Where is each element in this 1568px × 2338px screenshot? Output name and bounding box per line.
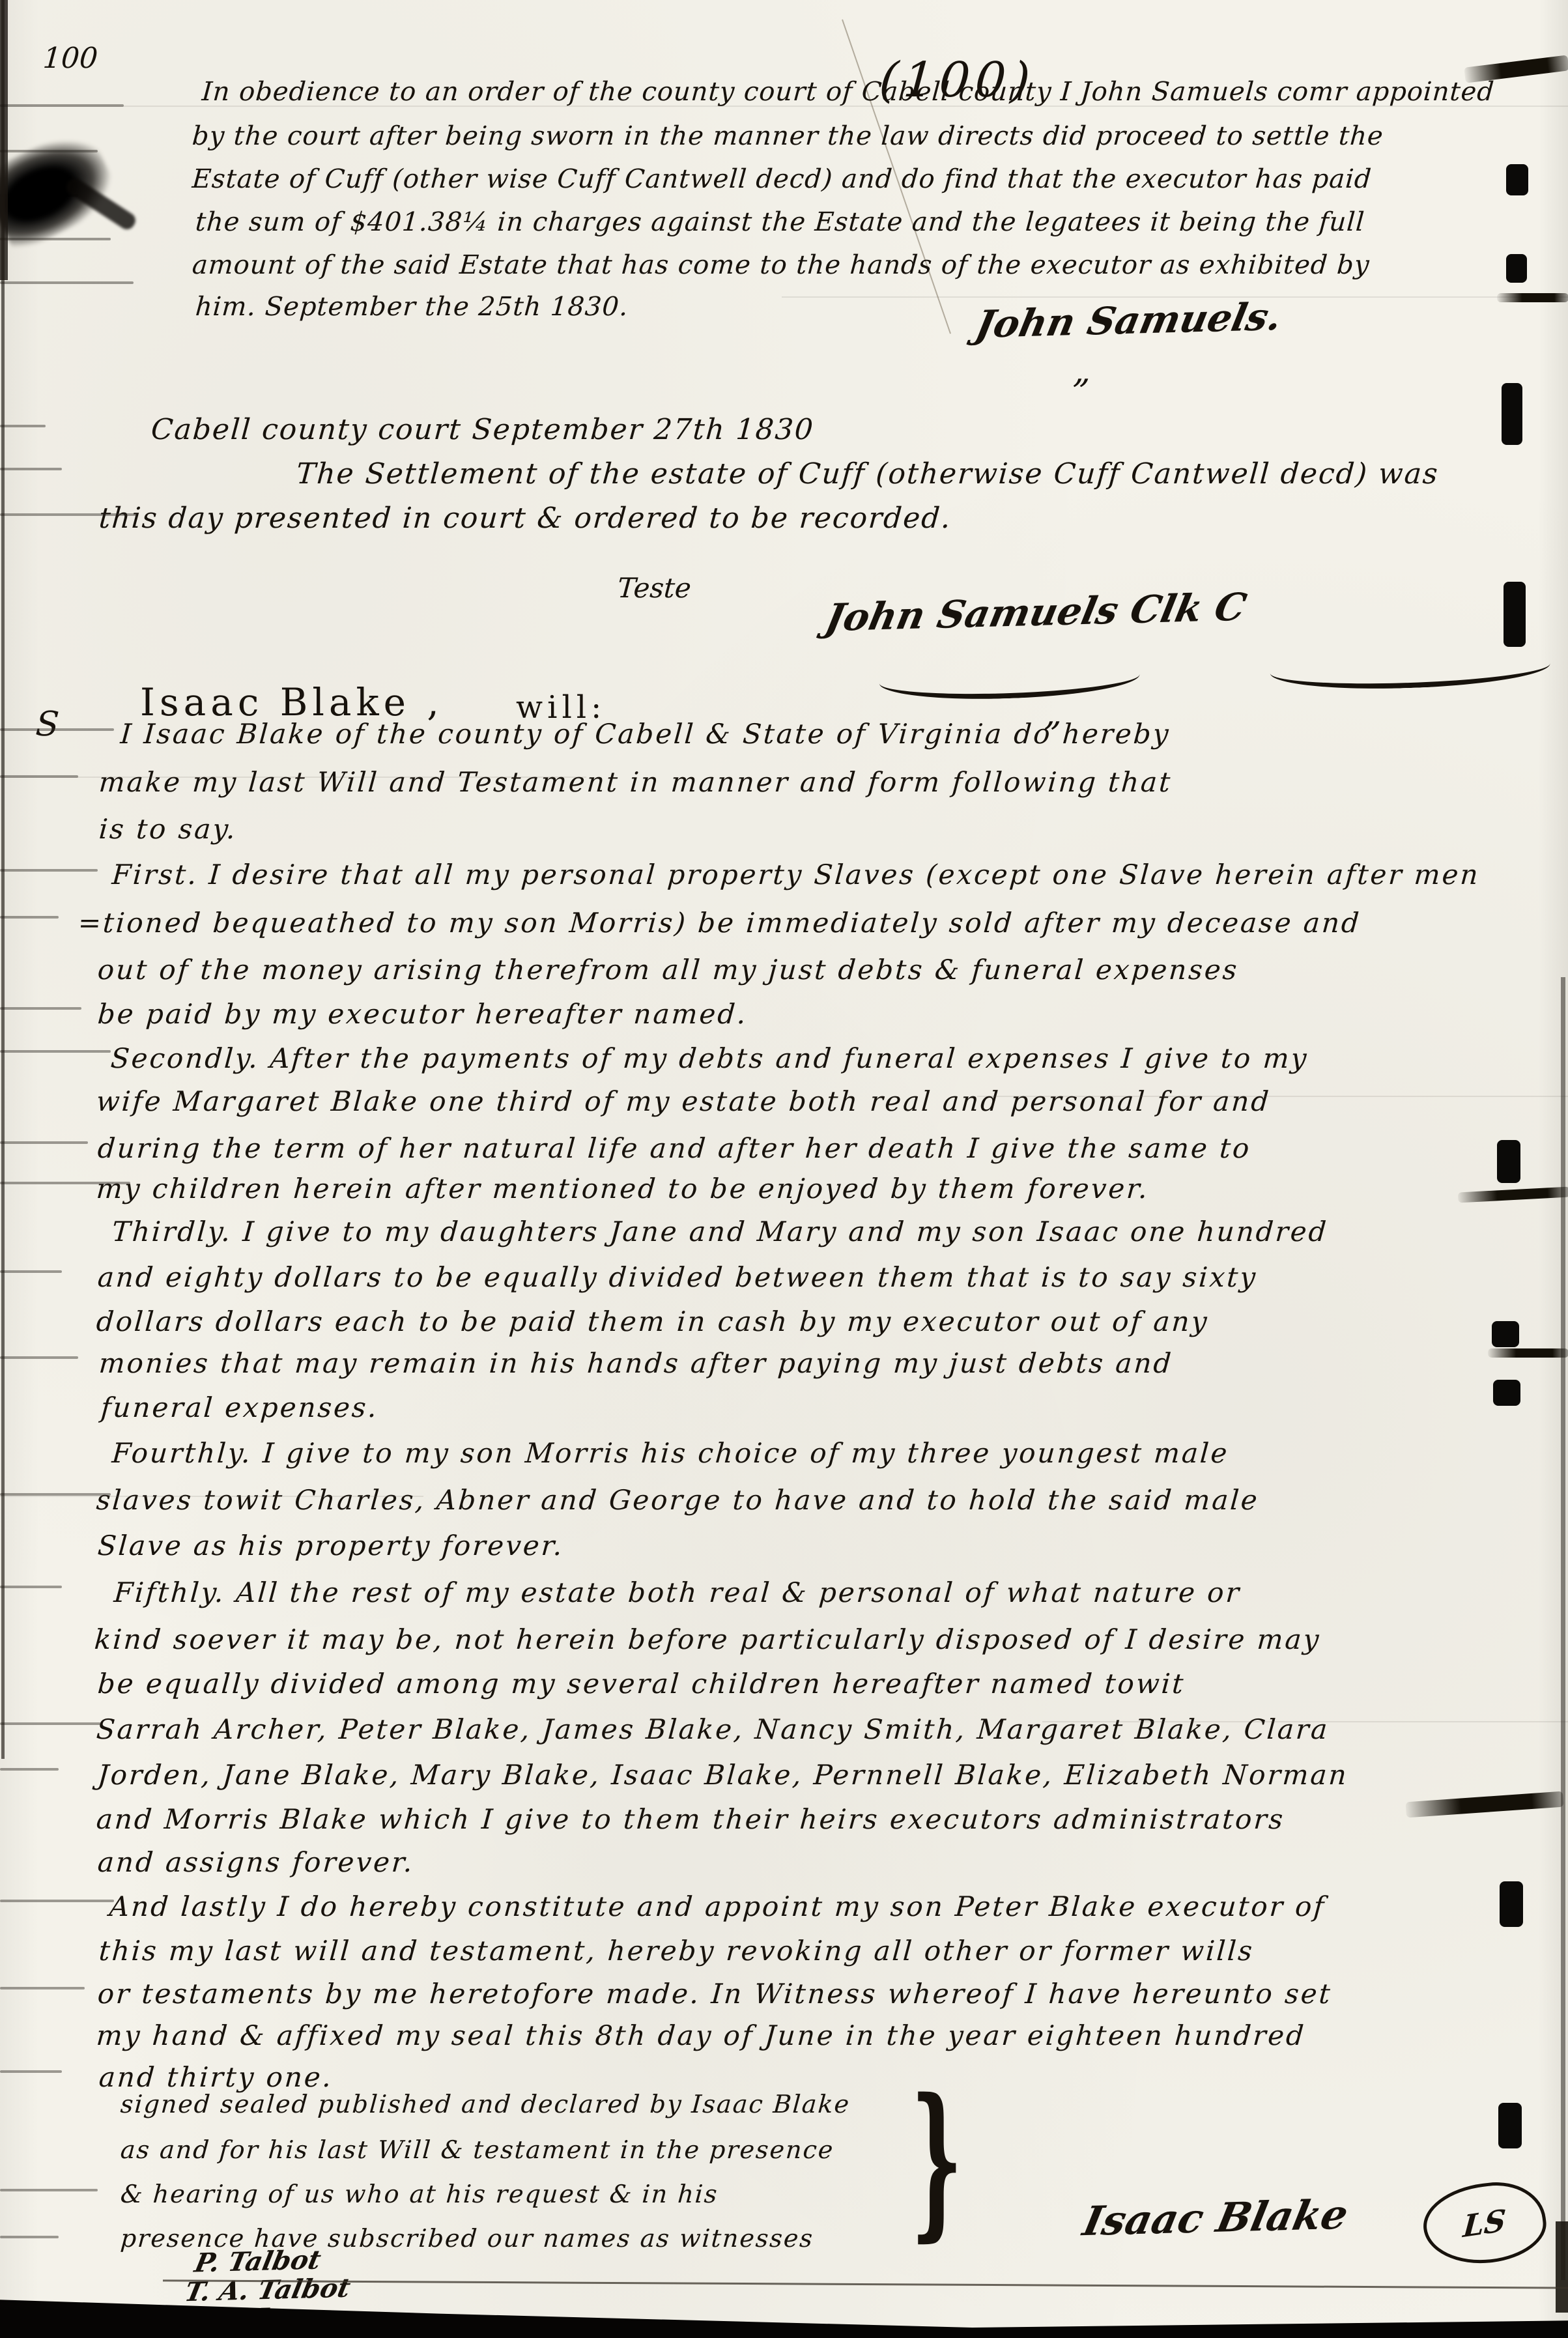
ruled-line [0,2236,59,2238]
will-line: monies that may remain in his hands afte… [98,1347,1174,1379]
will-line: during the term of her natural life and … [96,1132,1252,1164]
settlement-line: him. September the 25th 1830. [194,292,629,322]
will-line: First. I desire that all my personal pro… [111,859,1481,891]
will-line: Thirdly. I give to my daughters Jane and… [111,1216,1329,1247]
binding-mark [1492,1321,1519,1347]
binding-mark [1493,1380,1520,1406]
binding-mark [1502,383,1522,445]
binding-mark [1497,1140,1520,1183]
will-line: and assigns forever. [96,1846,415,1878]
will-line: Jorden, Jane Blake, Mary Blake, Isaac Bl… [96,1759,1349,1791]
will-line: I Isaac Blake of the county of Cabell & … [119,718,1171,750]
folio-number: 100 [42,42,99,75]
testator-signature: Isaac Blake [1079,2191,1352,2245]
attestation-line: signed sealed published and declared by … [119,2090,851,2118]
will-line: make my last Will and Testament in manne… [98,766,1173,798]
ruled-line [0,1050,111,1053]
settlement-line: In obedience to an order of the county c… [201,77,1495,107]
ruled-line [0,468,62,470]
ruled-line [0,1722,101,1725]
ruled-line [0,1356,78,1359]
ruled-line [0,106,1568,107]
page-edge [1561,977,1565,2280]
ruled-line [0,1768,59,1771]
scanned-will-page: 100 (100) In obedience to an order of th… [0,0,1568,2338]
ruled-line [977,1096,1568,1097]
court-line: The Settlement of the estate of Cuff (ot… [295,457,1440,491]
will-line: And lastly I do hereby constitute and ap… [108,1890,1327,1922]
pen-streak [1497,293,1568,302]
will-line: my children herein after mentioned to be… [95,1173,1150,1205]
ruled-line [1042,1721,1568,1722]
ruled-line [0,1987,85,1989]
ruled-line [782,296,1568,298]
settlement-line: Estate of Cuff (other wise Cuff Cantwell… [191,164,1373,194]
will-line: kind soever it may be, not herein before… [93,1623,1322,1655]
ruled-line [0,281,134,284]
ditto-mark: „ [1072,352,1092,391]
pen-streak [1464,55,1568,83]
binding-mark [1504,582,1526,647]
binding-mark [1500,1881,1523,1927]
ruled-line [0,916,59,919]
margin-mark: S [35,705,61,744]
ruled-line [0,1007,81,1010]
will-line: funeral expenses. [100,1391,379,1423]
attestation-line: & hearing of us who at his request & in … [119,2180,719,2208]
will-line: wife Margaret Blake one third of my esta… [95,1085,1272,1117]
will-line: and Morris Blake which I give to them th… [95,1803,1286,1835]
ruled-line [0,513,137,516]
will-line: Secondly. After the payments of my debts… [109,1042,1309,1074]
will-line: Fifthly. All the rest of my estate both … [113,1576,1242,1608]
ruled-line [0,777,586,778]
ruled-line [0,1586,62,1588]
will-line: is to say. [98,813,238,845]
will-line: Slave as his property forever. [96,1530,565,1561]
will-line: slaves towit Charles, Abner and George t… [95,1484,1260,1516]
will-line: my hand & affixed my seal this 8th day o… [95,2019,1307,2051]
will-line: be equally divided among my several chil… [96,1668,1186,1700]
settlement-line: by the court after being sworn in the ma… [191,121,1384,151]
ruled-line [0,1141,88,1144]
will-line: and eighty dollars to be equally divided… [96,1261,1258,1293]
will-line: Sarrah Archer, Peter Blake, James Blake,… [95,1713,1330,1745]
court-line: this day presented in court & ordered to… [98,502,952,535]
settlement-line: amount of the said Estate that has come … [191,250,1371,280]
commissioner-signature: John Samuels. [972,294,1286,347]
attestation-brace-icon: } [911,2064,963,2257]
signature-flourish [1270,660,1551,693]
ruled-line [0,728,114,731]
clerk-signature: John Samuels Clk C [821,585,1250,640]
ruled-line [0,2189,98,2191]
page-edge [0,0,8,280]
binding-mark [1506,254,1527,283]
will-line: out of the money arising therefrom all m… [96,954,1240,986]
pen-streak [1458,1187,1568,1203]
page-edge [1556,2221,1568,2313]
seal-badge: LS [1419,2176,1550,2270]
court-line: Cabell county court September 27th 1830 [150,413,815,446]
will-line: or testaments by me heretofore made. In … [96,1978,1333,2010]
pen-streak [1488,1348,1568,1358]
teste-label: Teste [616,572,692,604]
seal-text: LS [1462,2203,1507,2245]
will-line: Fourthly. I give to my son Morris his ch… [111,1437,1230,1469]
ruled-line [0,1270,62,1273]
ruled-line [0,1496,423,1497]
will-line: =tioned bequeathed to my son Morris) be … [77,907,1361,939]
ruled-line [0,1900,114,1902]
ruled-line [0,869,98,872]
ruled-line [0,1182,130,1184]
will-line: dollars dollars each to be paid them in … [95,1305,1210,1337]
signature-flourish [879,670,1140,703]
will-line: this my last will and testament, hereby … [98,1935,1255,1967]
page-edge [163,2279,1568,2288]
ruled-line [0,425,46,427]
binding-mark [1498,2103,1522,2148]
settlement-line: the sum of $401.38¼ in charges against t… [194,207,1365,237]
binding-mark [1506,164,1528,195]
attestation-line: as and for his last Will & testament in … [119,2135,834,2164]
ruled-line [0,2070,62,2073]
ink-blot [0,122,124,254]
pen-streak [1405,1791,1563,1818]
will-line: and thirty one. [98,2061,334,2093]
will-line: be paid by my executor hereafter named. [96,998,748,1030]
